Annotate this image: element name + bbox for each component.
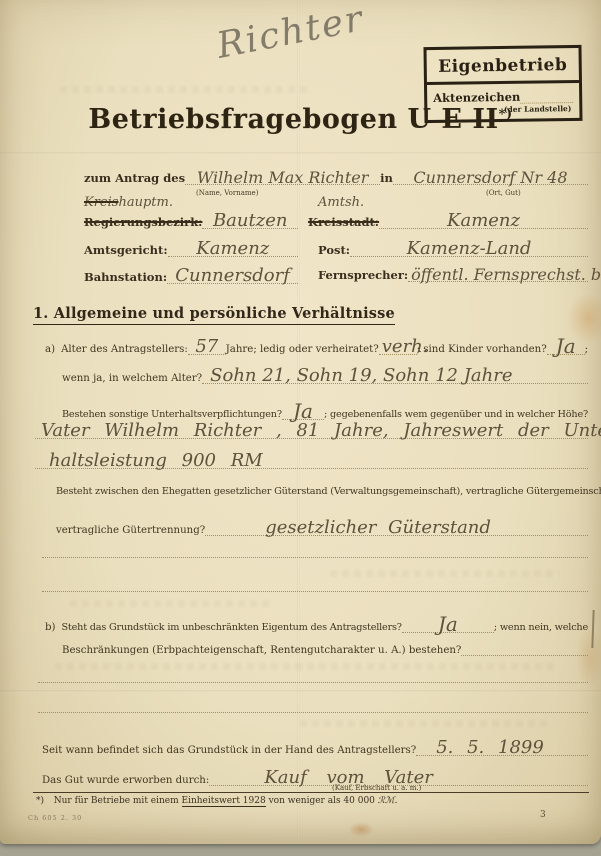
pencil-annotation: Richter — [213, 0, 367, 67]
question-beschraenkungen-line: Beschränkungen (Erbpachteigenschaft, Ren… — [62, 645, 588, 656]
question-children-age-line: wenn ja, in welchem Alter? Sohn 21, Sohn… — [62, 365, 588, 384]
fernsprecher-line: Fernsprecher: öffentl. Fernsprechst. b. — [318, 265, 588, 282]
footnote: *) Nur für Betriebe mit einem Einheitswe… — [36, 796, 397, 806]
fernsprecher-field: öffentl. Fernsprechst. b. — [408, 265, 588, 282]
gueterstand-field: gesetzlicher Güterstand — [205, 517, 588, 536]
question-age-line: a) Alter des Antragstellers: 57 Jahre; l… — [45, 334, 588, 355]
question-unterhalt-line: Bestehen sonstige Unterhaltsverpflichtun… — [62, 399, 588, 420]
unterhalt-detail-line1: Vater Wilhelm Richter , 81 Jahre, Jahres… — [35, 420, 588, 439]
question-gueterstand-line1: Besteht zwischen den Ehegatten gesetzlic… — [56, 486, 588, 497]
ort-caption: (Ort, Gut) — [486, 189, 521, 197]
show-through-smudge — [70, 600, 270, 607]
b-marker: b) — [45, 622, 56, 633]
question-gueterstand-line2: vertragliche Gütertrennung? gesetzlicher… — [56, 517, 588, 536]
q-age: Alter des Antragstellers: — [61, 344, 188, 355]
gueterstand-value: gesetzlicher Güterstand — [265, 517, 491, 538]
question-seit-wann-line: Seit wann befindet sich das Grundstück i… — [42, 737, 588, 756]
name-value: Wilhelm Max Richter — [197, 168, 369, 187]
marital-field: verh. — [379, 336, 417, 355]
age-field: 57 — [188, 336, 226, 355]
show-through-smudge — [330, 570, 560, 577]
bahnstation-label: Bahnstation: — [84, 270, 167, 284]
question-eigentum-line: b) Steht das Grundstück im unbeschränkte… — [45, 612, 588, 633]
name-field: Wilhelm Max Richter — [185, 168, 380, 185]
fold-crease — [0, 690, 601, 693]
regierungsbezirk-value: Bautzen — [213, 210, 288, 231]
unterhalt-detail2: haltsleistung 900 RM — [49, 450, 263, 471]
beschraenkungen-field — [461, 655, 588, 656]
seit-wann-field: 5. 5. 1899 — [416, 737, 588, 756]
q-gueterstand2: vertragliche Gütertrennung? — [56, 525, 205, 536]
regierungsbezirk-line: Regierungsbezirk: Bautzen — [84, 210, 298, 229]
correction-amtsh: Amtsh. — [318, 195, 364, 210]
regierungsbezirk-field: Bautzen — [202, 210, 298, 229]
footnote-underlined: Einheitswert 1928 — [182, 796, 266, 807]
q-beschraenkungen: Beschränkungen (Erbpachteigenschaft, Ren… — [62, 645, 461, 656]
form-print-code: Ch 605 2. 30 — [28, 814, 82, 822]
page-number: 3 — [540, 810, 546, 820]
a-marker: a) — [45, 344, 55, 355]
q-marital: Jahre; ledig oder verheiratet? — [226, 344, 379, 355]
question-erworben-line: Das Gut wurde erworben durch: Kauf vom V… — [42, 767, 588, 786]
footnote-currency: ℛℳ. — [378, 796, 398, 806]
ort-value: Cunnersdorf Nr 48 — [413, 168, 567, 187]
footnote-rule — [33, 792, 589, 793]
footnote-marker: *) — [36, 796, 44, 806]
kreisstadt-label: Kreisstadt: — [308, 215, 379, 229]
show-through-smudge — [55, 663, 555, 670]
kreisstadt-field: Kamenz — [379, 210, 588, 229]
eigentum-value: Ja — [438, 612, 458, 636]
children-age-value: Sohn 21, Sohn 19, Sohn 12 Jahre — [210, 365, 512, 386]
unterhalt-detail-line2: haltsleistung 900 RM — [35, 450, 588, 469]
q-seit-wann: Seit wann befindet sich das Grundstück i… — [42, 745, 416, 756]
age-value: 57 — [195, 336, 218, 357]
regierungsbezirk-label: Regierungsbezirk: — [84, 215, 202, 229]
bahnstation-line: Bahnstation: Cunnersdorf — [84, 265, 298, 284]
antrag-label: zum Antrag des — [84, 171, 185, 185]
amtsgericht-label: Amtsgericht: — [84, 243, 168, 257]
marital-value: verh. — [382, 336, 429, 357]
unterhalt-detail1: Vater Wilhelm Richter , 81 Jahre, Jahres… — [41, 420, 601, 441]
children-semicolon: ; — [585, 344, 588, 355]
fold-crease — [0, 152, 601, 155]
eigentum-field: Ja — [402, 612, 494, 633]
blank-answer-line — [42, 556, 588, 558]
erworben-caption: (Kauf, Erbschaft u. a. m.) — [332, 784, 421, 792]
bahnstation-value: Cunnersdorf — [175, 265, 290, 286]
fernsprecher-label: Fernsprecher: — [318, 268, 408, 282]
title-footnote-marker: *) — [499, 107, 513, 122]
amtsgericht-value: Kamenz — [196, 238, 269, 259]
name-caption: (Name, Vorname) — [196, 189, 258, 197]
aktenzeichen-label: Aktenzeichen — [433, 90, 520, 105]
q-children: ; sind Kinder vorhanden? — [417, 344, 547, 355]
stamp-title: Eigenbetrieb — [427, 48, 579, 82]
post-value: Kamenz-Land — [407, 238, 532, 259]
show-through-smudge — [300, 720, 550, 727]
ort-field: Cunnersdorf Nr 48 — [393, 168, 588, 185]
kreisstadt-line: Kreisstadt: Kamenz — [308, 210, 588, 229]
correction-kreishauptm: Kreishauptm. — [84, 195, 173, 210]
stain — [348, 822, 374, 837]
post-line: Post: Kamenz-Land — [318, 238, 588, 257]
q-children-age: wenn ja, in welchem Alter? — [62, 373, 202, 384]
q-eigentum: Steht das Grundstück im unbeschränkten E… — [62, 622, 402, 633]
stain — [575, 628, 601, 688]
bahnstation-field: Cunnersdorf — [167, 265, 298, 284]
seit-wann-value: 5. 5. 1899 — [436, 737, 544, 758]
children-value: Ja — [556, 334, 576, 358]
blank-answer-line — [38, 681, 588, 683]
applicant-line: zum Antrag des Wilhelm Max Richter in Cu… — [84, 168, 588, 185]
q-eigentum2: ; wenn nein, welche — [494, 622, 588, 633]
section1-heading: 1. Allgemeine und persönliche Verhältnis… — [33, 305, 395, 325]
amtsgericht-line: Amtsgericht: Kamenz — [84, 238, 298, 257]
post-field: Kamenz-Land — [350, 238, 588, 257]
in-label: in — [380, 171, 393, 185]
q-gueterstand1: Besteht zwischen den Ehegatten gesetzlic… — [56, 486, 588, 497]
unterhalt-field: Ja — [282, 399, 324, 420]
document-page: Richter Eigenbetrieb Aktenzeichen (der L… — [0, 0, 601, 844]
q-erworben: Das Gut wurde erworben durch: — [42, 775, 209, 786]
show-through-smudge — [60, 86, 310, 93]
q-unterhalt: Bestehen sonstige Unterhaltsverpflichtun… — [62, 409, 282, 420]
form-title: Betriebsfragebogen U E II*) — [0, 104, 601, 135]
post-label: Post: — [318, 243, 350, 257]
kreisstadt-value: Kamenz — [447, 210, 520, 231]
blank-answer-line — [42, 590, 588, 592]
blank-answer-line — [38, 711, 588, 713]
amtsgericht-field: Kamenz — [168, 238, 298, 257]
scanned-document-photo: { "meta": { "pencil_note": "Richter", "p… — [0, 0, 601, 856]
q-unterhalt2: ; gegebenenfalls wem gegenüber und in we… — [324, 409, 588, 420]
children-field: Ja — [547, 334, 585, 355]
fernsprecher-value: öffentl. Fernsprechst. b. — [411, 265, 601, 284]
children-age-field: Sohn 21, Sohn 19, Sohn 12 Jahre — [202, 365, 588, 384]
